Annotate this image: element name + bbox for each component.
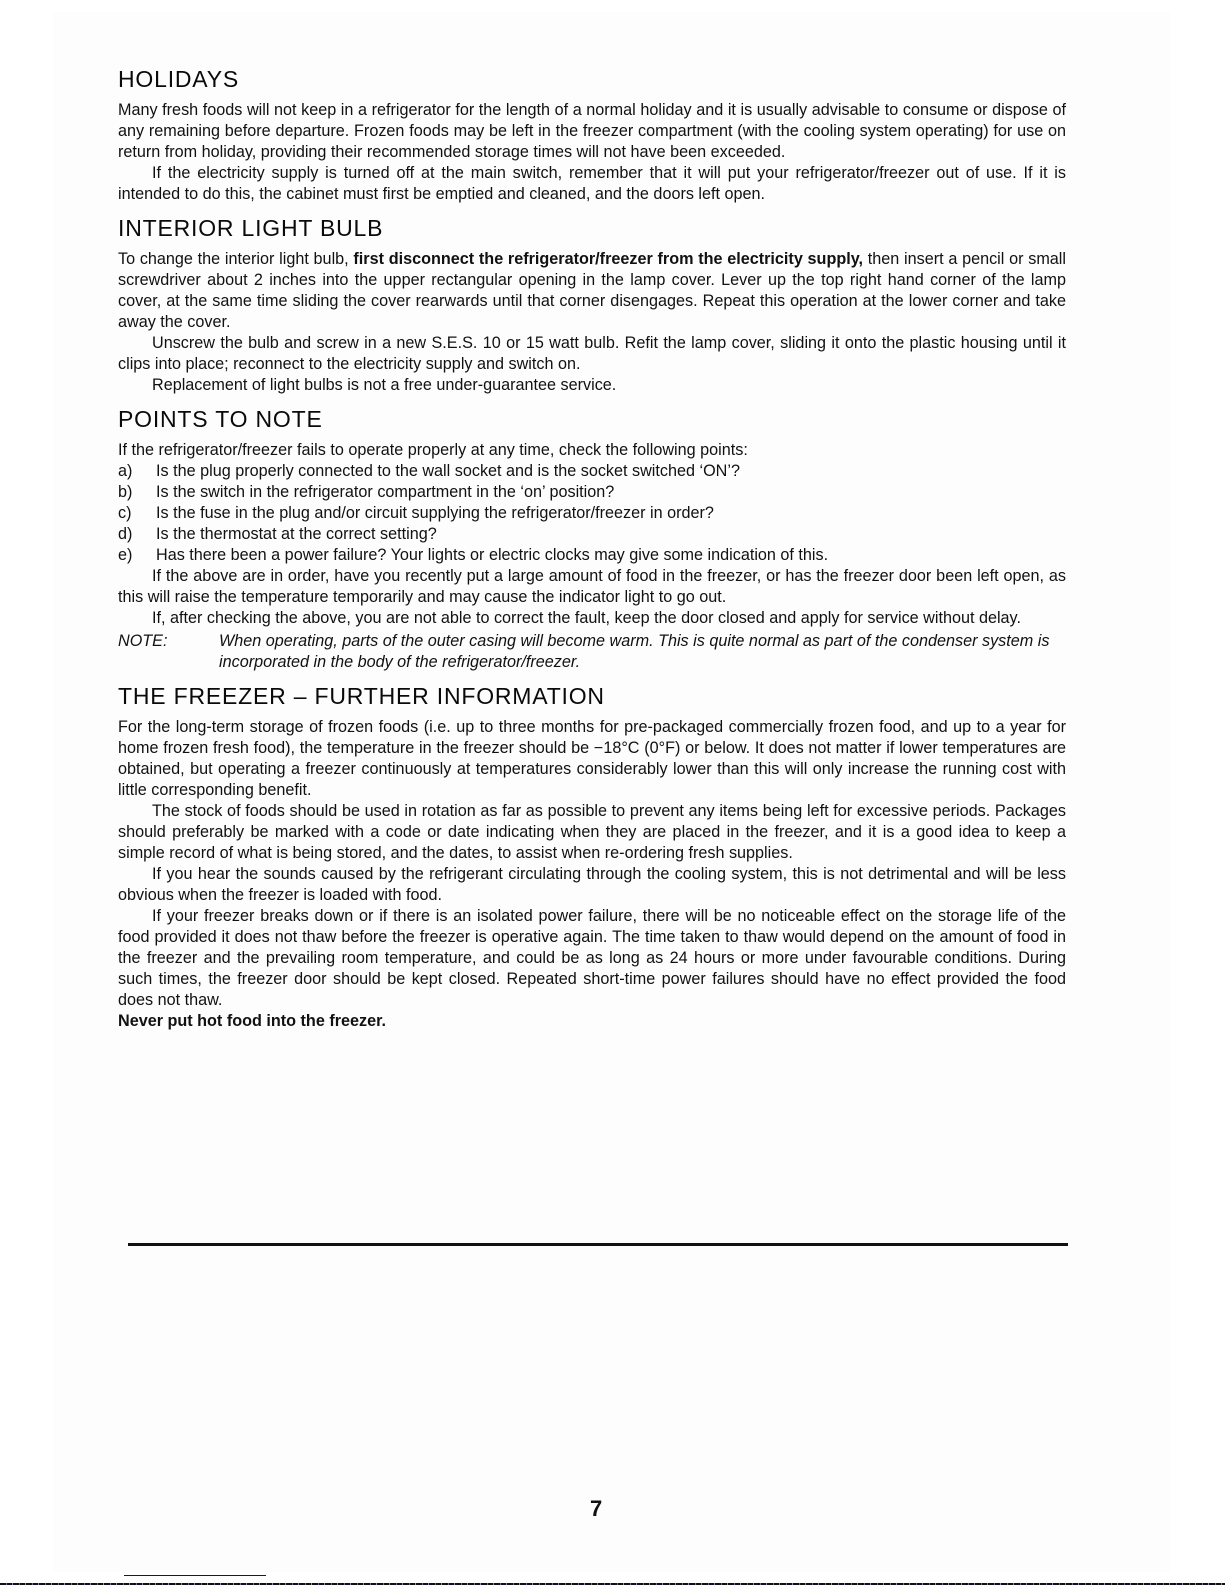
light-bulb-paragraph-2: Unscrew the bulb and screw in a new S.E.… — [118, 333, 1066, 375]
freezer-paragraph-2: The stock of foods should be used in rot… — [118, 801, 1066, 864]
freezer-paragraph-3: If you hear the sounds caused by the ref… — [118, 864, 1066, 906]
points-paragraph-3: If, after checking the above, you are no… — [118, 608, 1066, 629]
checklist-marker: a) — [118, 461, 156, 482]
section-interior-light-bulb: INTERIOR LIGHT BULB To change the interi… — [118, 213, 1066, 396]
checklist-item: b) Is the switch in the refrigerator com… — [118, 482, 1066, 503]
checklist-marker: e) — [118, 545, 156, 566]
checklist-text: Has there been a power failure? Your lig… — [156, 545, 1066, 566]
section-holidays: HOLIDAYS Many fresh foods will not keep … — [118, 64, 1066, 205]
freezer-paragraph-1: For the long-term storage of frozen food… — [118, 717, 1066, 801]
link-underline — [124, 1575, 266, 1576]
section-divider — [128, 1243, 1068, 1246]
heading-points-to-note: POINTS TO NOTE — [118, 404, 1066, 434]
checklist-text: Is the fuse in the plug and/or circuit s… — [156, 503, 1066, 524]
note-block: NOTE: When operating, parts of the outer… — [118, 631, 1066, 673]
checklist-text: Is the plug properly connected to the wa… — [156, 461, 1066, 482]
light-bulb-p1-lead: To change the interior light bulb, — [118, 250, 353, 268]
holidays-paragraph-1: Many fresh foods will not keep in a refr… — [118, 100, 1066, 163]
light-bulb-paragraph-1: To change the interior light bulb, first… — [118, 249, 1066, 333]
note-text: When operating, parts of the outer casin… — [219, 631, 1066, 673]
points-paragraph-2: If the above are in order, have you rece… — [118, 566, 1066, 608]
section-points-to-note: POINTS TO NOTE If the refrigerator/freez… — [118, 404, 1066, 673]
light-bulb-paragraph-3: Replacement of light bulbs is not a free… — [118, 375, 1066, 396]
freezer-paragraph-4: If your freezer breaks down or if there … — [118, 906, 1066, 1011]
section-freezer-info: THE FREEZER – FURTHER INFORMATION For th… — [118, 681, 1066, 1032]
checklist-text: Is the switch in the refrigerator compar… — [156, 482, 1066, 503]
checklist-text: Is the thermostat at the correct setting… — [156, 524, 1066, 545]
checklist-item: e) Has there been a power failure? Your … — [118, 545, 1066, 566]
page-number: 7 — [590, 1496, 602, 1522]
hot-food-warning: Never put hot food into the freezer. — [118, 1011, 1066, 1032]
checklist-item: c) Is the fuse in the plug and/or circui… — [118, 503, 1066, 524]
document-body: HOLIDAYS Many fresh foods will not keep … — [118, 64, 1066, 1040]
heading-holidays: HOLIDAYS — [118, 64, 1066, 94]
note-label: NOTE: — [118, 631, 219, 673]
holidays-paragraph-2: If the electricity supply is turned off … — [118, 163, 1066, 205]
heading-interior-light-bulb: INTERIOR LIGHT BULB — [118, 213, 1066, 243]
checklist-item: a) Is the plug properly connected to the… — [118, 461, 1066, 482]
checklist-marker: b) — [118, 482, 156, 503]
checklist-marker: c) — [118, 503, 156, 524]
checklist-marker: d) — [118, 524, 156, 545]
heading-freezer-info: THE FREEZER – FURTHER INFORMATION — [118, 681, 1066, 711]
points-intro: If the refrigerator/freezer fails to ope… — [118, 440, 1066, 461]
checklist-item: d) Is the thermostat at the correct sett… — [118, 524, 1066, 545]
disconnect-warning: first disconnect the refrigerator/freeze… — [353, 250, 863, 268]
